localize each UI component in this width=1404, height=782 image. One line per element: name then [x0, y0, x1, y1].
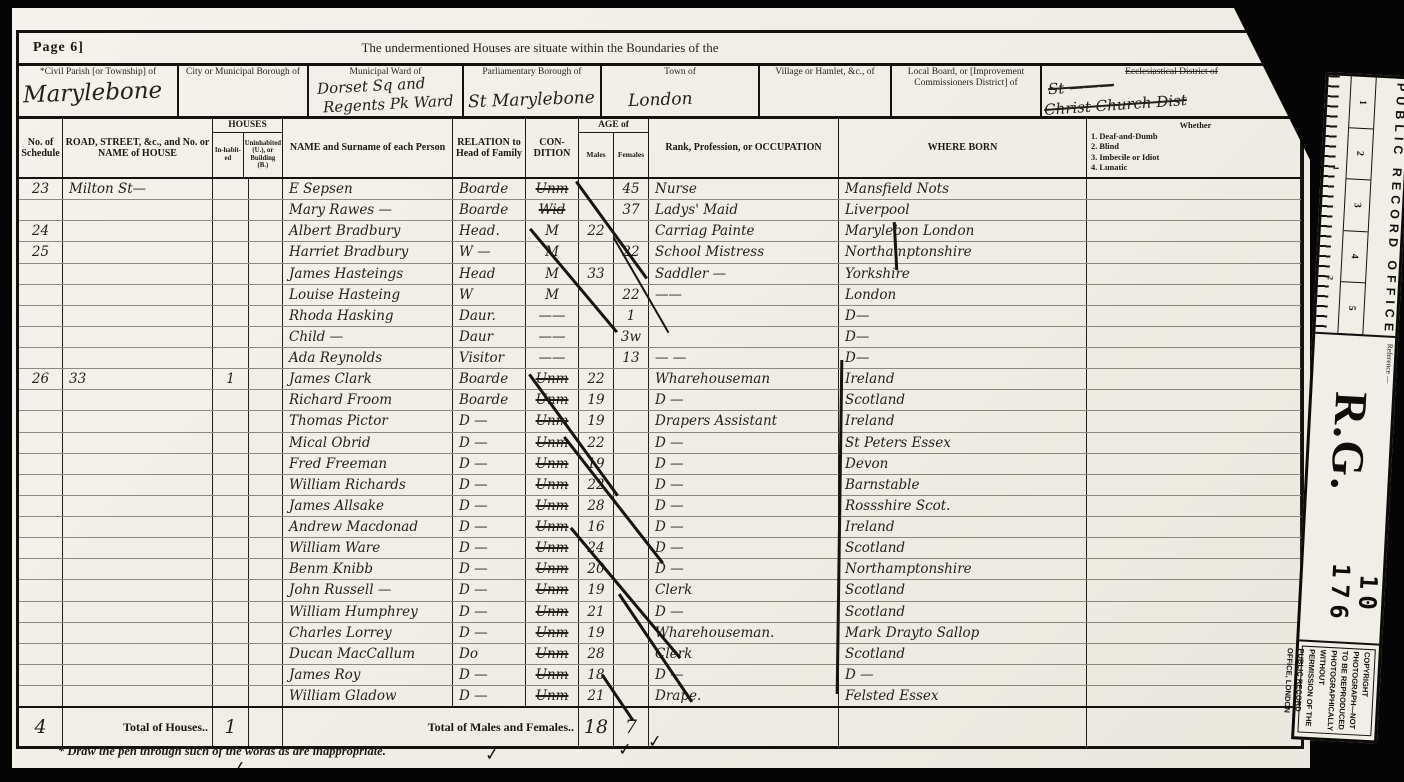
cell-schedule — [19, 285, 63, 305]
table-row: Mical ObridD —Unm22D —St Peters Essex — [19, 433, 1301, 454]
cell-relation: D — — [453, 454, 526, 474]
cell-relation: D — — [453, 686, 526, 706]
cell-schedule — [19, 644, 63, 664]
cell-age-male: 22 — [579, 475, 614, 495]
column-header-condition: CON- DITION — [526, 119, 579, 177]
cell-road — [63, 242, 213, 262]
cell-occupation: D — — [649, 454, 839, 474]
cell-condition: Unm — [526, 496, 579, 516]
cell-age-female — [614, 264, 649, 284]
cell-uninhabited — [249, 644, 283, 664]
cell-uninhabited — [249, 221, 283, 241]
cell-road — [63, 580, 213, 600]
cell-uninhabited — [249, 411, 283, 431]
field-label: Village or Hamlet, &c., of — [763, 67, 887, 78]
cell-age-female: 22 — [614, 285, 649, 305]
census-rows: 23Milton St—E SepsenBoardeUnm45NurseMans… — [19, 179, 1301, 706]
cell-name: Charles Lorrey — [283, 623, 453, 643]
cell-occupation: School Mistress — [649, 242, 839, 262]
cell-age-male: 28 — [579, 496, 614, 516]
cell-schedule: 26 — [19, 369, 63, 389]
cell-inhabited — [213, 433, 249, 453]
cell-occupation: Saddler — — [649, 264, 839, 284]
cell-disability — [1087, 179, 1301, 199]
cell-relation: D — — [453, 602, 526, 622]
table-row: James RoyD —Unm18D —D — — [19, 665, 1301, 686]
cell-condition: Unm — [526, 390, 579, 410]
cell-disability — [1087, 454, 1301, 474]
cell-occupation: Drapers Assistant — [649, 411, 839, 431]
cell-where-born: Scotland — [839, 538, 1087, 558]
cell-inhabited — [213, 179, 249, 199]
cell-uninhabited — [249, 475, 283, 495]
cell-road — [63, 559, 213, 579]
census-sheet: Page 6] The undermentioned Houses are si… — [12, 8, 1310, 768]
cell-name: Louise Hasteing — [283, 285, 453, 305]
cell-condition: M — [526, 285, 579, 305]
cell-inhabited — [213, 411, 249, 431]
cell-inhabited — [213, 285, 249, 305]
title-strip: Page 6] The undermentioned Houses are si… — [19, 33, 1301, 66]
cell-occupation — [649, 327, 839, 347]
cell-where-born: Ireland — [839, 517, 1087, 537]
form-title: The undermentioned Houses are situate wi… — [19, 40, 1061, 56]
cell-name: William Humphrey — [283, 602, 453, 622]
cell-disability — [1087, 623, 1301, 643]
total-houses-value: 1 — [213, 708, 249, 746]
cell-age-male — [579, 327, 614, 347]
cell-disability — [1087, 538, 1301, 558]
cell-age-female: 45 — [614, 179, 649, 199]
cell-schedule — [19, 496, 63, 516]
cell-road — [63, 517, 213, 537]
cell-age-female — [614, 602, 649, 622]
header-boxes: *Civil Parish [or Township] of Marylebon… — [19, 66, 1301, 119]
cell-uninhabited — [249, 517, 283, 537]
cell-condition: Unm — [526, 454, 579, 474]
cell-occupation: D — — [649, 559, 839, 579]
cell-name: Child — — [283, 327, 453, 347]
field-label: City or Municipal Borough of — [182, 67, 304, 78]
reference-number: 10 176 — [1299, 545, 1384, 646]
table-row: Fred FreemanD —Unm19D —Devon — [19, 454, 1301, 475]
cell-relation: D — — [453, 475, 526, 495]
cell-disability — [1087, 242, 1301, 262]
cell-disability — [1087, 433, 1301, 453]
cell-uninhabited — [249, 200, 283, 220]
field-label: Town of — [605, 67, 755, 78]
cell-disability — [1087, 517, 1301, 537]
cell-relation: D — — [453, 665, 526, 685]
cell-inhabited — [213, 306, 249, 326]
cell-uninhabited — [249, 538, 283, 558]
cell-age-male — [579, 348, 614, 368]
cell-occupation: D — — [649, 433, 839, 453]
scanned-census-page: Page 6] The undermentioned Houses are si… — [0, 0, 1404, 782]
cell-occupation: — — — [649, 348, 839, 368]
table-row: Louise HasteingWM22——London — [19, 285, 1301, 306]
field-village-hamlet: Village or Hamlet, &c., of — [760, 66, 892, 116]
cell-relation: Boarde — [453, 369, 526, 389]
column-header-row: No. of Schedule ROAD, STREET, &c., and N… — [19, 119, 1301, 179]
table-row: 24Albert BradburyHead.M22Carriag PainteM… — [19, 221, 1301, 242]
field-value-handwritten: St ——— — [1047, 76, 1114, 99]
cell-name: Ada Reynolds — [283, 348, 453, 368]
table-row: 26331James ClarkBoardeUnm22Wharehouseman… — [19, 369, 1301, 390]
cell-name: Rhoda Hasking — [283, 306, 453, 326]
cell-relation: Daur — [453, 327, 526, 347]
cell-occupation: —— — [649, 285, 839, 305]
field-city-borough: City or Municipal Borough of — [179, 66, 309, 116]
cell-disability — [1087, 369, 1301, 389]
cell-schedule — [19, 665, 63, 685]
cell-where-born: D— — [839, 348, 1087, 368]
cell-inhabited — [213, 327, 249, 347]
cell-age-female — [614, 221, 649, 241]
cell-uninhabited — [249, 369, 283, 389]
cell-schedule — [19, 538, 63, 558]
cell-name: William Ware — [283, 538, 453, 558]
field-local-board: Local Board, or [Improvement Commissione… — [892, 66, 1042, 116]
field-label: *Civil Parish [or Township] of — [22, 67, 174, 78]
cell-schedule: 25 — [19, 242, 63, 262]
cell-uninhabited — [249, 306, 283, 326]
table-row: Mary Rawes —BoardeWid37Ladys' MaidLiverp… — [19, 200, 1301, 221]
column-header-houses: HOUSES In-habit-ed Uninhabited (U.), or … — [213, 119, 283, 177]
cell-name: William Richards — [283, 475, 453, 495]
cell-age-female — [614, 390, 649, 410]
cell-relation: D — — [453, 538, 526, 558]
cell-uninhabited — [249, 580, 283, 600]
cell-disability — [1087, 327, 1301, 347]
cell-uninhabited — [249, 454, 283, 474]
cell-uninhabited — [249, 433, 283, 453]
cell-condition: Unm — [526, 475, 579, 495]
column-header-schedule: No. of Schedule — [19, 119, 63, 177]
cell-schedule: 24 — [19, 221, 63, 241]
total-houses-label: Total of Houses.. — [63, 708, 213, 746]
table-row: James HasteingsHeadM33Saddler —Yorkshire — [19, 264, 1301, 285]
cell-schedule — [19, 200, 63, 220]
cell-schedule — [19, 686, 63, 706]
cell-disability — [1087, 221, 1301, 241]
cell-age-male: 22 — [579, 433, 614, 453]
cell-relation: Head. — [453, 221, 526, 241]
cell-inhabited — [213, 665, 249, 685]
cell-age-male: 19 — [579, 623, 614, 643]
cell-uninhabited — [249, 686, 283, 706]
cell-age-female — [614, 411, 649, 431]
column-header-occupation: Rank, Profession, or OCCUPATION — [649, 119, 839, 177]
cell-road: 33 — [63, 369, 213, 389]
cell-inhabited — [213, 517, 249, 537]
cell-age-female — [614, 580, 649, 600]
cell-schedule — [19, 264, 63, 284]
table-row: William HumphreyD —Unm21D —Scotland — [19, 602, 1301, 623]
box-number: 5 — [1338, 282, 1365, 335]
table-row: Benm KnibbD —Unm20D —Northamptonshire — [19, 559, 1301, 580]
table-row: John Russell —D —Unm19ClerkScotland — [19, 580, 1301, 601]
cell-road — [63, 264, 213, 284]
cell-inhabited — [213, 242, 249, 262]
field-value-handwritten: Marylebone — [23, 78, 163, 109]
cell-occupation: D — — [649, 665, 839, 685]
cell-relation: Daur. — [453, 306, 526, 326]
cell-age-female: 13 — [614, 348, 649, 368]
table-row: Ducan MacCallumDoUnm28ClerkScotland — [19, 644, 1301, 665]
table-row: 25Harriet BradburyW —M22School MistressN… — [19, 242, 1301, 263]
cell-where-born: Felsted Essex — [839, 686, 1087, 706]
cell-where-born: St Peters Essex — [839, 433, 1087, 453]
box-number: 1 — [1349, 76, 1376, 129]
cell-road — [63, 221, 213, 241]
cell-disability — [1087, 602, 1301, 622]
cell-age-female: 3w — [614, 327, 649, 347]
empty-cell — [1087, 708, 1301, 746]
box-number: 2 — [1346, 128, 1373, 181]
cell-relation: Do — [453, 644, 526, 664]
cell-occupation: D — — [649, 390, 839, 410]
empty-cell — [649, 708, 839, 746]
cell-relation: D — — [453, 411, 526, 431]
field-municipal-ward: Municipal Ward of Dorset Sq and Regents … — [309, 66, 464, 116]
cell-road — [63, 538, 213, 558]
houses-group-label: HOUSES — [213, 119, 282, 133]
cell-age-female — [614, 433, 649, 453]
cell-age-female — [614, 538, 649, 558]
cell-where-born: Ireland — [839, 369, 1087, 389]
cell-where-born: Ireland — [839, 411, 1087, 431]
cell-age-female — [614, 686, 649, 706]
cell-inhabited — [213, 390, 249, 410]
cell-age-male — [579, 306, 614, 326]
cell-age-female — [614, 623, 649, 643]
field-label: Parliamentary Borough of — [467, 67, 597, 78]
cell-age-female: 22 — [614, 242, 649, 262]
cell-age-male — [579, 242, 614, 262]
cell-disability — [1087, 411, 1301, 431]
record-group-label: R.G. — [1304, 334, 1381, 548]
cell-disability — [1087, 264, 1301, 284]
table-row: Child —Daur——3wD— — [19, 327, 1301, 348]
ruler-number: 2 — [1326, 276, 1335, 280]
pen-check-mark: ✓ — [231, 757, 247, 778]
cell-schedule — [19, 475, 63, 495]
cell-schedule — [19, 559, 63, 579]
cell-disability — [1087, 285, 1301, 305]
cell-road — [63, 433, 213, 453]
cell-inhabited — [213, 221, 249, 241]
field-civil-parish: *Civil Parish [or Township] of Marylebon… — [19, 66, 179, 116]
cell-age-female: 37 — [614, 200, 649, 220]
cell-condition: Unm — [526, 538, 579, 558]
cell-inhabited — [213, 623, 249, 643]
cell-condition: Unm — [526, 559, 579, 579]
cell-uninhabited — [249, 285, 283, 305]
empty-cell — [249, 708, 283, 746]
cell-name: James Hasteings — [283, 264, 453, 284]
cell-name: James Roy — [283, 665, 453, 685]
empty-cell — [839, 708, 1087, 746]
table-row: William RichardsD —Unm22D —Barnstable — [19, 475, 1301, 496]
column-header-inhabited: In-habit-ed — [213, 133, 244, 177]
cell-road — [63, 665, 213, 685]
cell-disability — [1087, 580, 1301, 600]
table-row: 23Milton St—E SepsenBoardeUnm45NurseMans… — [19, 179, 1301, 200]
cell-occupation: Nurse — [649, 179, 839, 199]
cell-name: Fred Freeman — [283, 454, 453, 474]
field-label: Ecclesiastical District of — [1045, 67, 1298, 78]
disability-line: 4. Lunatic — [1091, 163, 1300, 174]
cell-condition: Wid — [526, 200, 579, 220]
cell-age-male: 28 — [579, 644, 614, 664]
cell-age-male: 19 — [579, 454, 614, 474]
cell-schedule — [19, 390, 63, 410]
cell-relation: Boarde — [453, 390, 526, 410]
cell-age-male: 19 — [579, 390, 614, 410]
cell-condition: Unm — [526, 179, 579, 199]
cell-road — [63, 327, 213, 347]
cell-age-male: 24 — [579, 538, 614, 558]
cell-name: E Sepsen — [283, 179, 453, 199]
total-persons-label: Total of Males and Females.. — [283, 708, 579, 746]
cell-relation: D — — [453, 580, 526, 600]
cell-name: John Russell — — [283, 580, 453, 600]
table-row: William GladowD —Unm21Drape.Felsted Esse… — [19, 686, 1301, 706]
cell-inhabited — [213, 686, 249, 706]
field-ecclesiastical-district: Ecclesiastical District of St ——— Christ… — [1042, 66, 1301, 116]
cell-age-male: 18 — [579, 665, 614, 685]
cell-road — [63, 390, 213, 410]
cell-occupation — [649, 306, 839, 326]
cell-age-male: 21 — [579, 602, 614, 622]
cell-where-born: Yorkshire — [839, 264, 1087, 284]
cell-schedule — [19, 602, 63, 622]
cell-inhabited — [213, 580, 249, 600]
cell-occupation: D — — [649, 496, 839, 516]
cell-age-female — [614, 454, 649, 474]
cell-relation: Visitor — [453, 348, 526, 368]
cell-inhabited — [213, 264, 249, 284]
cell-occupation: D — — [649, 538, 839, 558]
cell-relation: D — — [453, 623, 526, 643]
cell-uninhabited — [249, 242, 283, 262]
cell-where-born: Devon — [839, 454, 1087, 474]
cell-name: Richard Froom — [283, 390, 453, 410]
pen-check-mark: ✓ — [647, 731, 663, 752]
cell-road — [63, 306, 213, 326]
cell-condition: Unm — [526, 433, 579, 453]
pen-check-mark: ✓ — [617, 739, 633, 760]
cell-schedule — [19, 454, 63, 474]
table-row: Charles LorreyD —Unm19Wharehouseman.Mark… — [19, 623, 1301, 644]
cell-occupation: Carriag Painte — [649, 221, 839, 241]
cell-occupation: Clerk — [649, 580, 839, 600]
cell-where-born: Scotland — [839, 602, 1087, 622]
column-header-road: ROAD, STREET, &c., and No. or NAME of HO… — [63, 119, 213, 177]
cell-uninhabited — [249, 602, 283, 622]
cell-inhabited — [213, 454, 249, 474]
cell-inhabited — [213, 475, 249, 495]
cell-age-female — [614, 517, 649, 537]
table-row: William WareD —Unm24D —Scotland — [19, 538, 1301, 559]
cell-inhabited — [213, 200, 249, 220]
field-value-handwritten: London — [628, 89, 693, 111]
field-parliamentary-borough: Parliamentary Borough of St Marylebone — [464, 66, 602, 116]
cell-age-male: 19 — [579, 411, 614, 431]
cell-schedule — [19, 433, 63, 453]
cell-condition: Unm — [526, 644, 579, 664]
column-header-name: NAME and Surname of each Person — [283, 119, 453, 177]
cell-age-male: 20 — [579, 559, 614, 579]
disability-line: 1. Deaf-and-Dumb — [1091, 132, 1300, 143]
census-form-table: Page 6] The undermentioned Houses are si… — [16, 30, 1304, 749]
cell-condition: Unm — [526, 623, 579, 643]
cell-schedule — [19, 623, 63, 643]
field-town: Town of London — [602, 66, 760, 116]
cell-relation: Head — [453, 264, 526, 284]
cell-inhabited — [213, 644, 249, 664]
cell-where-born: Mark Drayto Sallop — [839, 623, 1087, 643]
stamp-ruler-section: 1 2 1 2 3 4 5 PUBLIC RECORD OFFICE — [1315, 75, 1404, 338]
cell-condition: —— — [526, 327, 579, 347]
cell-condition: M — [526, 242, 579, 262]
cell-uninhabited — [249, 179, 283, 199]
cell-occupation: D — — [649, 602, 839, 622]
cell-relation: Boarde — [453, 200, 526, 220]
cell-inhabited — [213, 496, 249, 516]
cell-where-born: Marylebon London — [839, 221, 1087, 241]
cell-road — [63, 285, 213, 305]
cell-where-born: London — [839, 285, 1087, 305]
cell-age-male: 16 — [579, 517, 614, 537]
disability-line: 2. Blind — [1091, 142, 1300, 153]
cell-age-male — [579, 200, 614, 220]
cell-age-female: 1 — [614, 306, 649, 326]
cell-name: Benm Knibb — [283, 559, 453, 579]
cell-occupation: D — — [649, 517, 839, 537]
cell-age-male: 33 — [579, 264, 614, 284]
cell-road — [63, 623, 213, 643]
cell-inhabited — [213, 602, 249, 622]
cell-where-born: Scotland — [839, 644, 1087, 664]
cell-road — [63, 644, 213, 664]
cell-uninhabited — [249, 623, 283, 643]
cell-name: James Clark — [283, 369, 453, 389]
cell-where-born: D— — [839, 327, 1087, 347]
field-label: Local Board, or [Improvement Commissione… — [895, 67, 1037, 89]
cell-road — [63, 686, 213, 706]
cell-road — [63, 411, 213, 431]
cell-uninhabited — [249, 348, 283, 368]
cell-relation: W — [453, 285, 526, 305]
table-row: Richard FroomBoardeUnm19D —Scotland — [19, 390, 1301, 411]
cell-road — [63, 496, 213, 516]
cell-age-female — [614, 665, 649, 685]
disability-line: Whether — [1091, 121, 1300, 132]
cell-condition: —— — [526, 306, 579, 326]
cell-occupation: Clerk — [649, 644, 839, 664]
cell-condition: Unm — [526, 665, 579, 685]
cell-name: Albert Bradbury — [283, 221, 453, 241]
cell-schedule — [19, 517, 63, 537]
cell-age-male — [579, 179, 614, 199]
cell-age-female — [614, 369, 649, 389]
cell-occupation: Ladys' Maid — [649, 200, 839, 220]
cell-condition: Unm — [526, 686, 579, 706]
cell-name: Mary Rawes — — [283, 200, 453, 220]
cell-occupation: D — — [649, 475, 839, 495]
